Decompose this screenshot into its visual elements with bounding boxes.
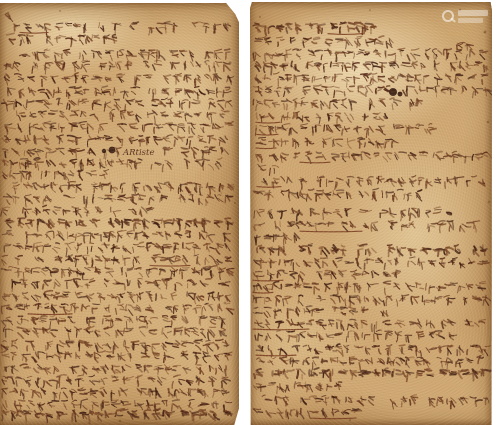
ink-underline xyxy=(256,355,296,356)
handwriting-line xyxy=(1,315,225,328)
ink-blot xyxy=(109,147,116,154)
manuscript-page-left: ARtiste xyxy=(0,3,239,425)
paper-speck xyxy=(484,31,487,34)
handwriting-line xyxy=(253,409,361,419)
watermark-text-line-1 xyxy=(458,10,488,16)
watermark-text-line-2 xyxy=(458,18,483,23)
paper-speck xyxy=(224,302,227,305)
ink-underline xyxy=(256,122,280,123)
handwriting-line xyxy=(2,303,234,315)
handwriting-line xyxy=(2,158,222,172)
handwriting-line xyxy=(253,48,488,62)
handwriting-line xyxy=(2,98,233,112)
handwriting-line xyxy=(258,164,279,175)
ink-underline xyxy=(20,32,48,33)
handwriting-line xyxy=(253,281,485,295)
handwriting-line xyxy=(2,409,232,424)
ink-blot xyxy=(389,88,397,96)
handwriting-line xyxy=(2,135,227,148)
handwriting-line xyxy=(256,151,492,163)
handwriting-line xyxy=(253,22,376,35)
handwriting-line xyxy=(2,230,230,244)
paper-speck xyxy=(119,420,122,423)
handwriting-line xyxy=(254,85,492,98)
handwriting-line xyxy=(253,270,400,283)
handwriting-layer xyxy=(250,2,492,425)
watermark xyxy=(442,9,492,31)
ink-underline xyxy=(256,134,278,135)
ink-underline xyxy=(310,418,356,419)
ink-underline xyxy=(300,162,330,163)
paper-speck xyxy=(349,419,351,421)
paper-speck xyxy=(59,10,61,12)
handwriting-line xyxy=(4,60,230,74)
handwriting-line xyxy=(256,112,387,125)
handwriting-line xyxy=(254,382,342,394)
ink-underline xyxy=(253,280,283,281)
handwriting-line xyxy=(257,244,487,258)
handwriting-line xyxy=(13,182,235,195)
paper-speck xyxy=(229,62,232,65)
handwriting-line xyxy=(5,13,12,21)
handwriting-line xyxy=(1,254,231,268)
handwriting-line xyxy=(1,351,232,363)
manuscript-photo[interactable]: ARtiste xyxy=(0,0,500,425)
handwriting-line xyxy=(4,242,230,256)
paper-speck xyxy=(234,202,236,204)
ink-blot xyxy=(398,92,403,97)
ink-blot xyxy=(102,149,106,153)
handwriting-line xyxy=(253,221,479,233)
paper-speck xyxy=(488,201,491,204)
handwriting-line xyxy=(14,22,231,36)
ink-underline xyxy=(150,265,190,266)
ink-underline xyxy=(257,187,281,188)
handwriting-line xyxy=(8,86,231,100)
handwriting-line xyxy=(254,233,300,245)
handwriting-line xyxy=(5,218,233,231)
handwriting-line xyxy=(262,395,489,409)
handwriting-line xyxy=(2,375,230,389)
handwriting-line xyxy=(257,176,485,190)
handwriting-layer: ARtiste xyxy=(0,3,239,425)
handwriting-line xyxy=(2,169,108,181)
watermark-text-lines xyxy=(458,9,488,23)
handwriting-line xyxy=(253,294,491,306)
manuscript-page-right xyxy=(250,2,492,425)
handwriting-line xyxy=(1,388,229,401)
handwriting-line xyxy=(20,49,230,63)
paper-speck xyxy=(199,417,201,419)
handwriting-line xyxy=(254,257,490,270)
latin-word-artiste: ARtiste xyxy=(122,148,154,158)
handwriting-line xyxy=(255,330,457,342)
handwriting-line xyxy=(1,205,154,217)
handwriting-line xyxy=(16,109,229,123)
handwriting-line xyxy=(253,97,422,110)
ink-underline xyxy=(253,292,273,293)
handwriting-line xyxy=(255,124,436,138)
handwriting-line xyxy=(2,291,231,304)
handwriting-line xyxy=(5,121,233,134)
handwriting-line xyxy=(4,326,227,340)
handwriting-line xyxy=(256,137,398,149)
handwriting-line xyxy=(4,73,233,87)
paper-speck xyxy=(487,121,489,123)
handwriting-line xyxy=(255,36,393,49)
handwriting-line xyxy=(253,306,388,318)
handwriting-line xyxy=(256,344,491,358)
ink-underline xyxy=(28,314,72,315)
handwriting-line xyxy=(254,207,452,221)
handwriting-line xyxy=(7,33,117,46)
handwriting-line xyxy=(1,266,234,280)
ink-underline xyxy=(300,231,362,232)
ink-underline xyxy=(256,148,276,149)
ink-underline xyxy=(253,329,309,330)
paper-speck xyxy=(369,9,371,11)
handwriting-line xyxy=(257,356,484,370)
paper-speck xyxy=(485,261,488,264)
handwriting-line xyxy=(3,194,233,207)
handwriting-line xyxy=(253,319,486,332)
handwriting-line xyxy=(254,368,492,381)
handwriting-line xyxy=(4,364,227,376)
paper-speck xyxy=(259,16,261,18)
magnifier-icon xyxy=(442,10,454,22)
paper-speck xyxy=(479,371,481,373)
paper-speck xyxy=(14,342,16,344)
ink-underline xyxy=(328,34,362,35)
handwriting-line xyxy=(457,42,474,50)
handwriting-line xyxy=(253,188,421,201)
handwriting-line xyxy=(1,339,229,353)
paper-speck xyxy=(255,301,258,304)
paper-speck xyxy=(7,12,9,14)
handwriting-line xyxy=(12,279,230,292)
